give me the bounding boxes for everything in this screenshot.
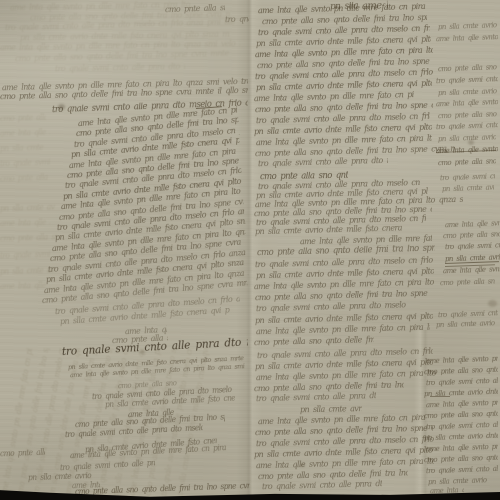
left-page-main-text-line: cmo pnte alla sno qnto delle fmi tra lno… [0, 448, 45, 458]
right-margin-annotations-line: ame lnta qlle svnto pn dlle mre fato cn … [443, 266, 500, 276]
right-margin-annotations-line: pn slla cmte avrio dnte mlle fsto cnera … [438, 134, 496, 144]
right-page-main-text-line: ame lnta qlle svnto pn dlle mre fato cn … [256, 369, 436, 383]
manuscript-photo: ame lnta qlle svnto pn dlle mre fato cn … [0, 0, 500, 500]
left-page-bleed-through-line: cmo pnte alla sno qnto delle fmi tra lno… [0, 113, 46, 123]
left-page-bleed-through-line: ame lnta qlle svnto pn dlle mre fato cn … [0, 218, 50, 228]
right-margin-annotations-line: ame lnta qlle svnto pn dlle mre fato cn … [426, 355, 498, 365]
dash-mark [430, 396, 450, 397]
left-page-bleed-through-line: ame lnta qlle svnto pn dlle mre fato cn … [0, 128, 50, 138]
right-margin-annotations-line: pn slla cmte avrio dnte mlle fsto cnera … [438, 22, 498, 32]
left-page-bleed-through-line: cmo pnte alla sno qnto delle fmi tra lno… [0, 233, 58, 243]
right-page-main-text-line: ame lnta qlle svnto pn dlle mre fato cn … [362, 1, 388, 13]
right-margin-annotations-line: cmo pnte alla sno qnto delle fmi tra lno… [438, 64, 498, 74]
handwriting-layer: ame lnta qlle svnto pn dlle mre fato cn … [0, 0, 500, 500]
right-margin-annotations-line: tro qnale svmi cnto alle pnra dto mselo … [436, 122, 498, 132]
right-margin-annotations-line: cmo pnte alla sno qnto delle fmi tra lno… [440, 278, 495, 288]
right-margin-annotations-line: ame lnta qlle svnto pn dlle mre fato cn … [436, 34, 498, 44]
right-margin-annotations-line: ame lnta qlle svnto pn dlle mre fato cn … [426, 399, 498, 409]
left-page-main-text-line: tro qnale svmi cnto alle pnra dto mselo … [225, 15, 249, 25]
right-page-main-text-line: pn slla cmte avrio dnte mlle fsto cnera … [300, 405, 362, 415]
right-margin-annotations-line: pn slla cmte avrio dnte mlle fsto cnera … [442, 184, 494, 194]
right-page-main-text-line: cmo pnte alla sno qnto delle fmi tra lno… [258, 469, 408, 482]
right-margin-annotations-line: ame lnta qlle svnto pn dlle mre fato cn … [426, 443, 498, 453]
left-page-bleed-through-line: tro qnale svmi cnto alle pnra dto mselo … [0, 250, 52, 260]
right-margin-annotations-line: cmo pnte alla sno qnto delle fmi tra lno… [438, 111, 498, 121]
right-margin-annotations-line: ame lnta qlle svnto pn dlle mre fato cn … [445, 220, 500, 230]
left-page-bleed-through-line: cmo pnte alla sno qnto delle fmi tra lno… [0, 173, 48, 183]
right-page-main-text-line: tro qnale svmi cnto alle pnra dto mselo … [256, 301, 406, 314]
right-page-main-text-line: pn slla cmte avrio dnte mlle fsto cnera … [330, 2, 362, 13]
right-page-main-text-line: cmo pnte alla sno qnto delle fmi tra lno… [254, 336, 374, 348]
right-margin-annotations-line: tro qnale svmi cnto alle pnra dto mselo … [426, 377, 498, 387]
right-margin-annotations-line: pn slla cmte avrio dnte mlle fsto cnera … [424, 388, 498, 398]
right-margin-annotations-line: cmo pnte alla sno qnto delle fmi tra lno… [443, 231, 500, 241]
right-page-main-text-line: tro qnale svmi cnto alle pnra dto mselo … [258, 156, 388, 168]
right-margin-annotations-line: pn slla cmte avrio dnte mlle fsto cnera … [428, 477, 488, 487]
ink-stain [488, 300, 497, 307]
right-margin-annotations-line: tro qnale svmi cnto alle pnra dto mselo … [440, 173, 495, 183]
right-margin-annotations-line: tro qnale svmi cnto alle pnra dto mselo … [426, 421, 498, 431]
right-page-main-text-line: tro qnale svmi cnto alle pnra dto mselo … [256, 392, 376, 404]
right-margin-annotations-line: cmo pnte alla sno qnto delle fmi tra lno… [424, 366, 498, 376]
right-margin-annotations-line: pn slla cmte avrio dnte mlle fsto cnera … [436, 320, 498, 330]
right-margin-annotations-line: tro qnale svmi cnto alle pnra dto mselo … [438, 310, 498, 320]
right-margin-annotations-line: cmo pnte alla sno qnto delle fmi tra lno… [424, 454, 498, 464]
right-page-main-text-line: cmo pnte alla sno qnto delle fmi tra lno… [254, 381, 404, 394]
right-margin-annotations-line: tro qnale svmi cnto alle pnra dto mselo … [426, 465, 498, 475]
left-page-bleed-through-line: tro qnale svmi cnto alle pnra dto mselo … [55, 62, 185, 73]
right-page-main-text-line: ame lnta qlle svnto pn dlle mre fato cn … [256, 323, 430, 336]
right-margin-annotations-line: pn slla cmte avrio dnte mlle fsto cnera … [438, 88, 498, 98]
right-margin-annotations-line: cmo pnte alla sno qnto delle fmi tra lno… [424, 410, 498, 420]
left-page-bleed-through-line: pn slla cmte avrio dnte mlle fsto cnera … [0, 143, 45, 153]
right-margin-annotations-line: tro qnale svmi cnto alle pnra dto mselo … [436, 76, 498, 86]
right-margin-annotations-line: cmo pnte alla sno qnto delle fmi tra lno… [438, 158, 496, 168]
left-page-bleed-through-line: pn slla cmte avrio dnte mlle fsto cnera … [0, 203, 55, 213]
right-page-main-text-line: tro qnale svmi cnto alle pnra dto mselo … [262, 480, 382, 492]
left-page-bleed-through-line: tro qnale svmi cnto alle pnra dto mselo … [0, 158, 52, 168]
right-margin-annotations-line: ame lnta qlle svnto pn dlle mre fato cn … [436, 99, 498, 109]
right-margin-annotations-line: tro qnale svmi cnto alle pnra dto mselo … [445, 242, 500, 252]
right-margin-annotations-line: pn slla cmte avrio dnte mlle fsto cnera … [424, 432, 498, 442]
